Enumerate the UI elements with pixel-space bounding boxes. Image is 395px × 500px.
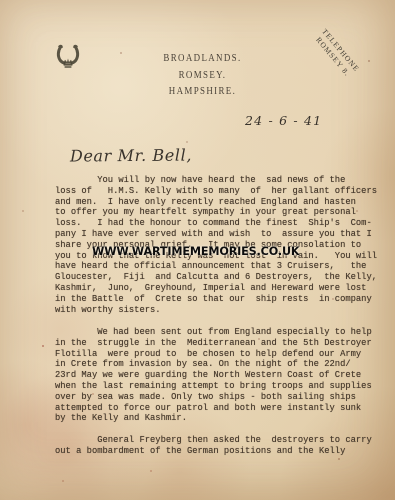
crest-icon bbox=[54, 43, 82, 72]
letterhead-address-line: HAMPSHIRE. bbox=[141, 84, 264, 101]
typed-paragraph-3: General Freyberg then asked the destroye… bbox=[55, 435, 372, 457]
paper-stain-specks bbox=[42, 345, 44, 347]
letter-page: BROADLANDS. ROMSEY. HAMPSHIRE. TELEPHONE… bbox=[0, 0, 395, 500]
letterhead-address: BROADLANDS. ROMSEY. HAMPSHIRE. bbox=[141, 51, 264, 101]
letterhead-address-line: BROADLANDS. bbox=[141, 51, 264, 68]
salutation: Dear Mr. Bell, bbox=[70, 145, 192, 165]
watermark-overlay: WWW.WARTIMEMEMORIES.CO.UK bbox=[92, 245, 299, 258]
typed-paragraph-2: We had been sent out from England especi… bbox=[55, 327, 372, 424]
letterhead-address-line: ROMSEY. bbox=[141, 68, 264, 85]
letterhead-telephone-stamp: TELEPHONE ROMSEY 8. bbox=[307, 20, 368, 87]
handwritten-date: 24 - 6 - 41 bbox=[245, 113, 322, 128]
